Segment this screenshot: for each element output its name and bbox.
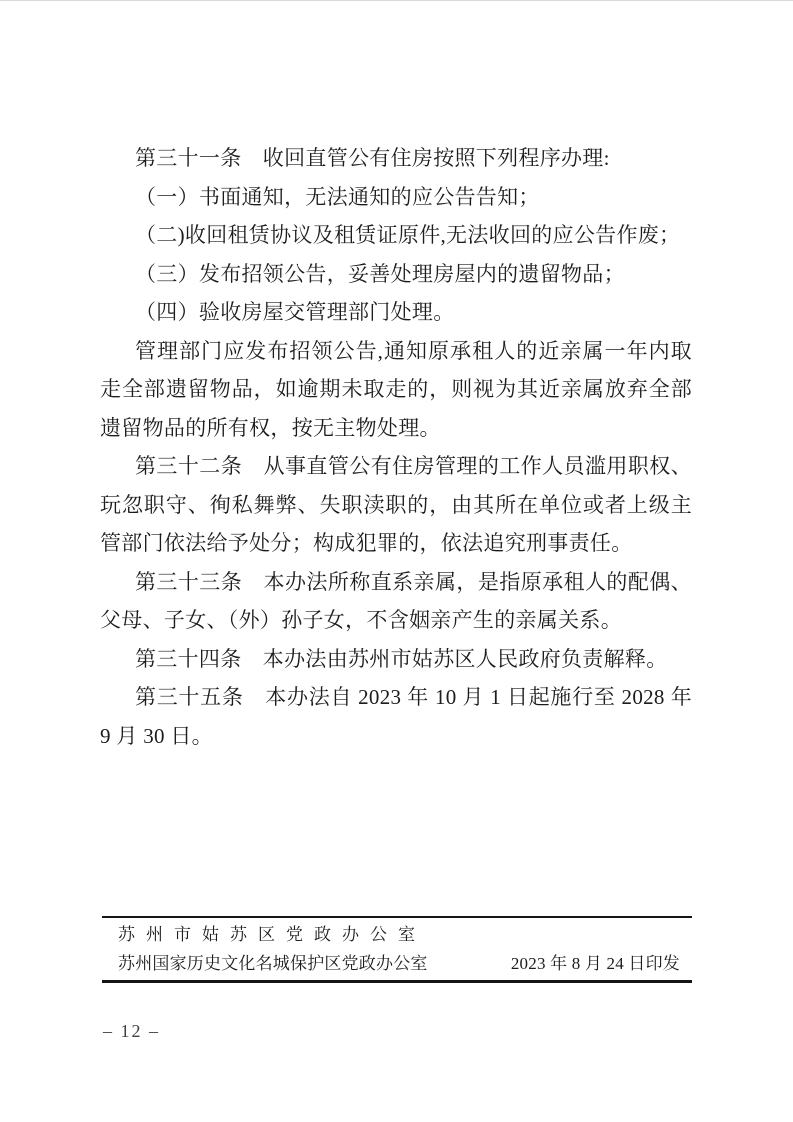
article-31-item-4: （四）验收房屋交管理部门处理。: [100, 293, 692, 332]
issuing-office-primary: 苏州市姑苏区党政办公室: [102, 920, 692, 949]
colophon: 苏州市姑苏区党政办公室 苏州国家历史文化名城保护区党政办公室 2023 年 8 …: [102, 916, 692, 983]
article-35: 第三十五条 本办法自 2023 年 10 月 1 日起施行至 2028 年 9 …: [100, 678, 692, 755]
article-32: 第三十二条 从事直管公有住房管理的工作人员滥用职权、玩忽职守、徇私舞弊、失职渎职…: [100, 447, 692, 563]
article-31-item-1: （一）书面通知，无法通知的应公告告知；: [100, 178, 692, 217]
scan-edge-artifact: [0, 0, 793, 1]
article-31-heading: 第三十一条 收回直管公有住房按照下列程序办理:: [100, 139, 692, 178]
article-31-item-2: （二)收回租赁协议及租赁证原件,无法收回的应公告作废；: [100, 216, 692, 255]
page-number: – 12 –: [103, 1021, 160, 1041]
article-31-item-3: （三）发布招领公告，妥善处理房屋内的遗留物品；: [100, 255, 692, 294]
article-33: 第三十三条 本办法所称直系亲属，是指原承租人的配偶、父母、子女、（外）孙子女，不…: [100, 563, 692, 640]
print-date: 2023 年 8 月 24 日印发: [511, 949, 680, 978]
article-34: 第三十四条 本办法由苏州市姑苏区人民政府负责解释。: [100, 640, 692, 679]
colophon-second-row: 苏州国家历史文化名城保护区党政办公室 2023 年 8 月 24 日印发: [102, 949, 692, 978]
article-31-supplement: 管理部门应发布招领公告,通知原承租人的近亲属一年内取走全部遗留物品，如逾期未取走…: [100, 332, 692, 448]
issuing-office-secondary: 苏州国家历史文化名城保护区党政办公室: [118, 949, 428, 978]
document-page: 第三十一条 收回直管公有住房按照下列程序办理: （一）书面通知，无法通知的应公告…: [0, 0, 793, 1122]
document-body: 第三十一条 收回直管公有住房按照下列程序办理: （一）书面通知，无法通知的应公告…: [100, 139, 692, 755]
